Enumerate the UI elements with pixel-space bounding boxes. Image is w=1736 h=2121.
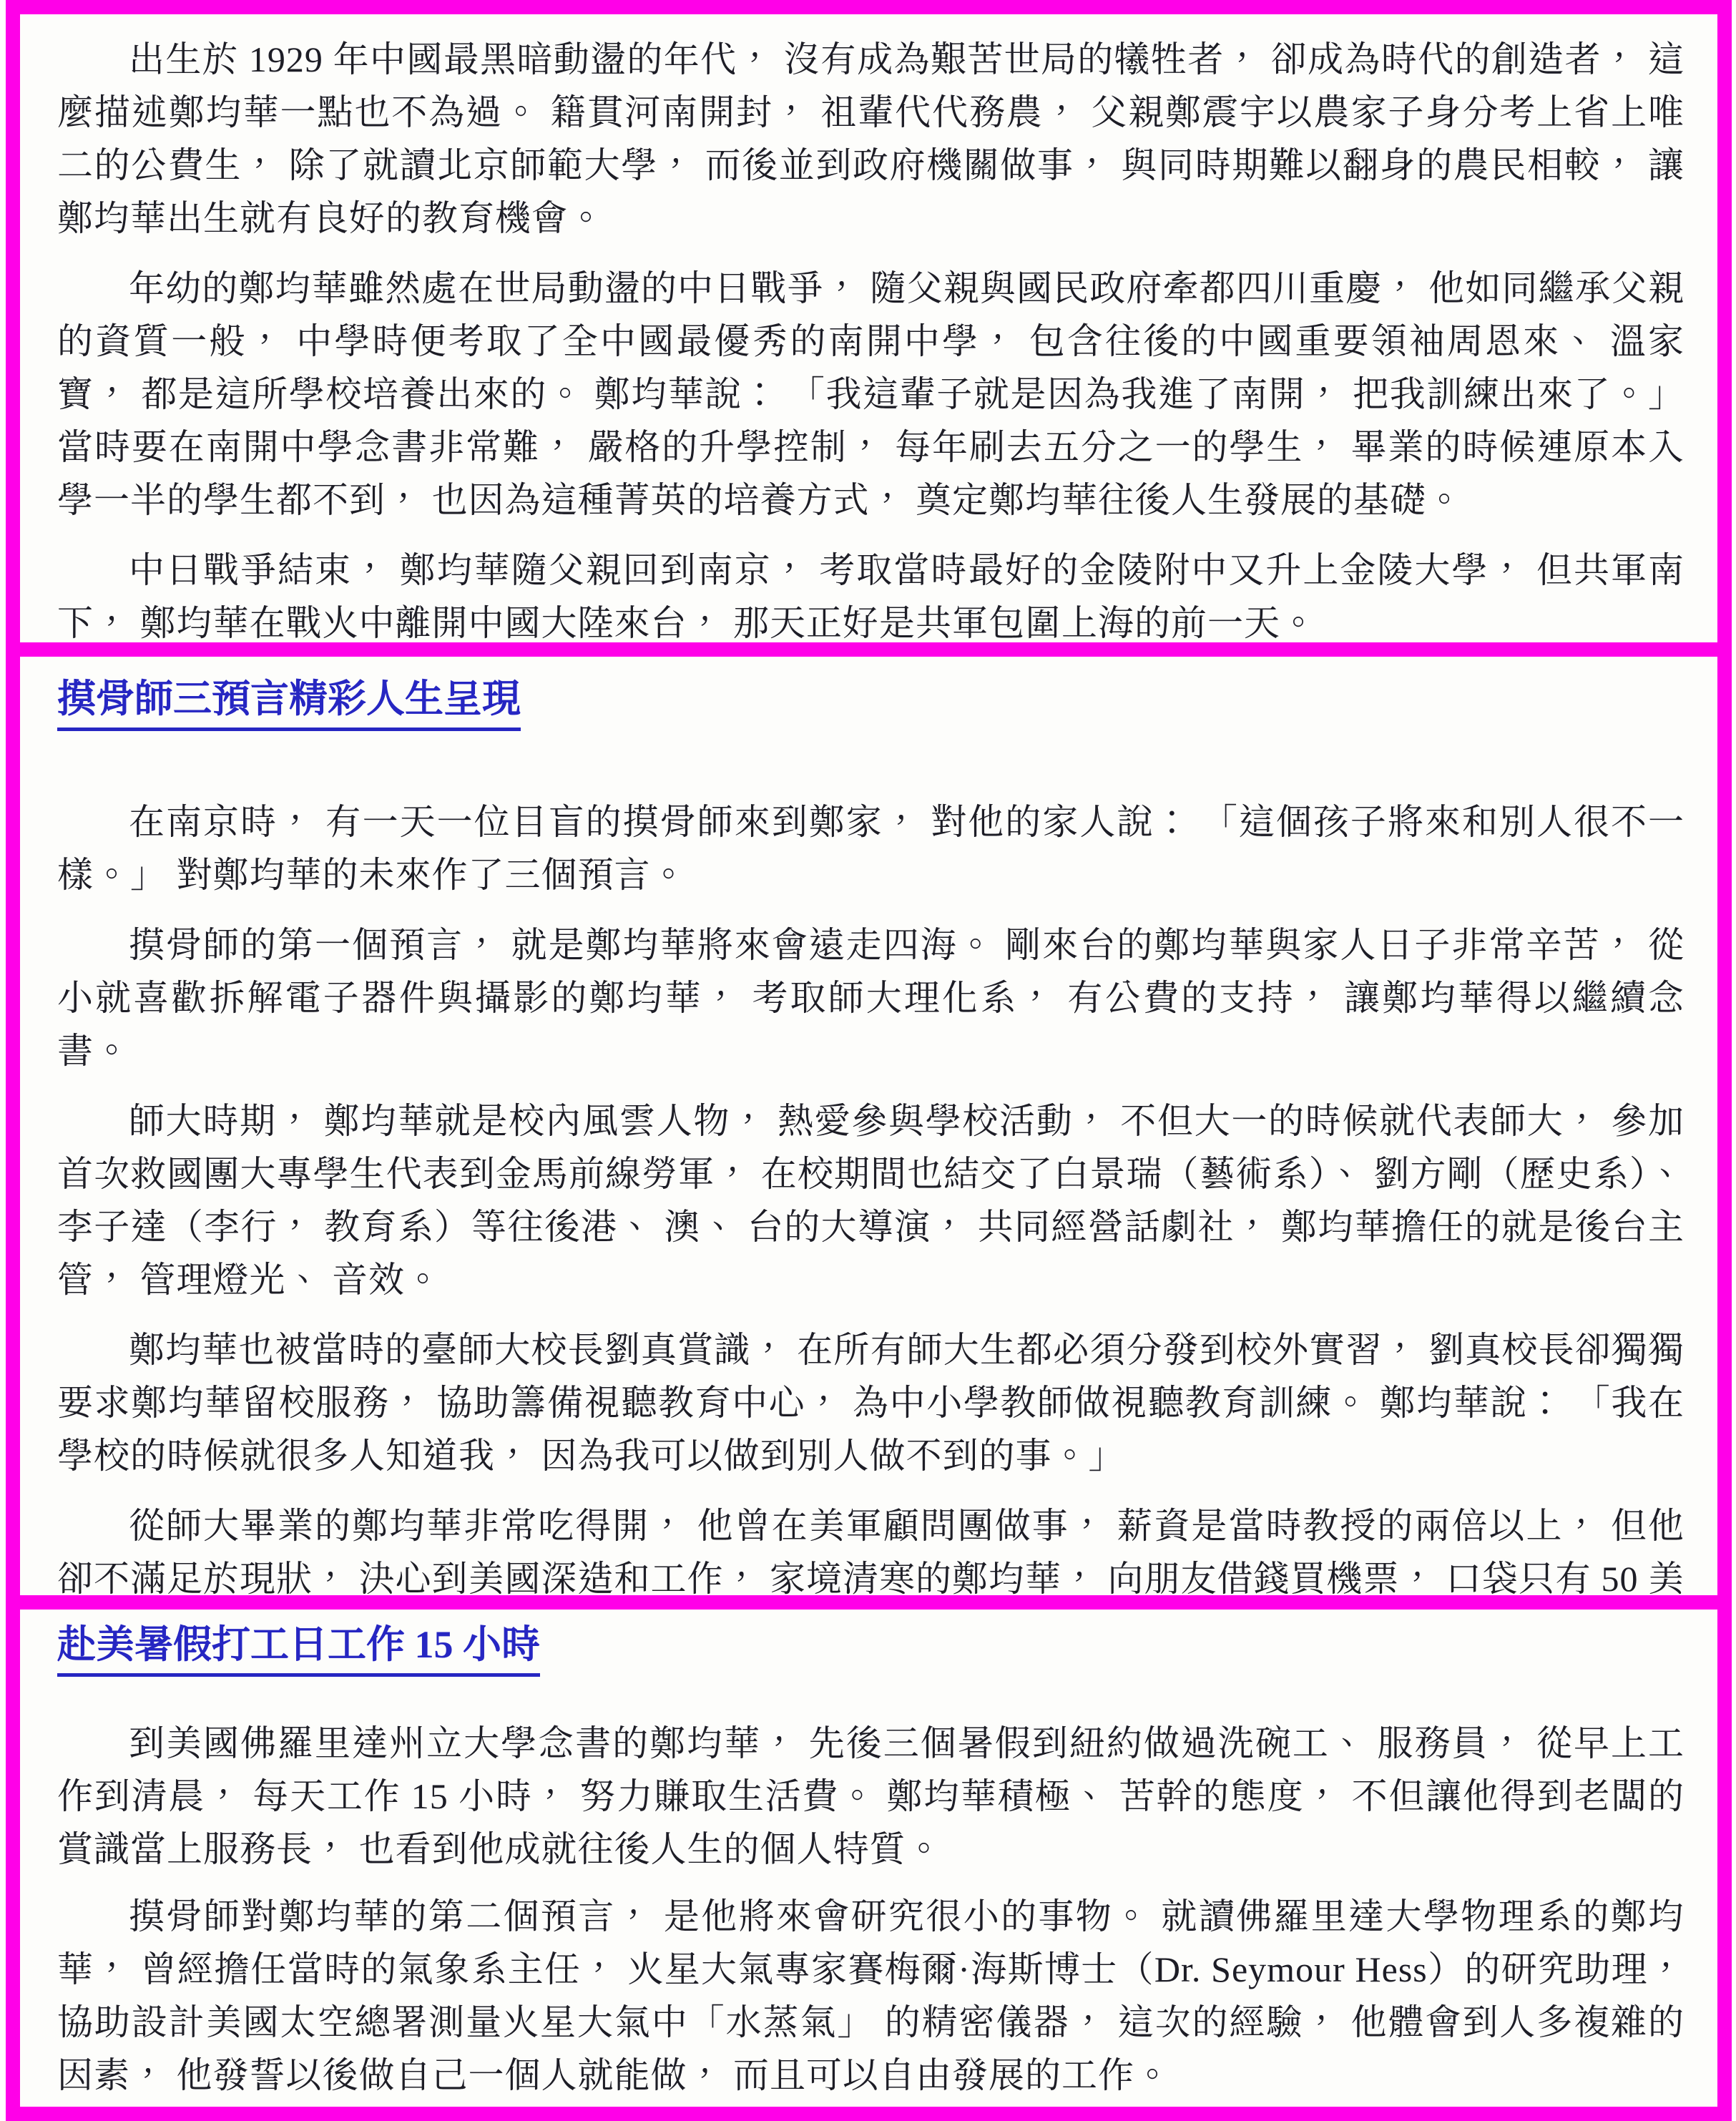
section-three-predictions: 摸骨師三預言精彩人生呈現 在南京時， 有一天一位目盲的摸骨師來到鄭家， 對他的家… bbox=[20, 642, 1717, 1595]
paragraph: 年幼的鄭均華雖然處在世局動盪的中日戰爭， 隨父親與國民政府牽都四川重慶， 他如同… bbox=[57, 262, 1684, 526]
paragraph: 出生於 1929 年中國最黑暗動盪的年代， 沒有成為艱苦世局的犧牲者， 卻成為時… bbox=[57, 33, 1684, 245]
section-intro: 出生於 1929 年中國最黑暗動盪的年代， 沒有成為艱苦世局的犧牲者， 卻成為時… bbox=[20, 14, 1717, 642]
section-heading-text: 摸骨師三預言精彩人生呈現 bbox=[57, 677, 521, 731]
paragraph: 從師大畢業的鄭均華非常吃得開， 他曾在美軍顧問團做事， 薪資是當時教授的兩倍以上… bbox=[57, 1499, 1684, 1595]
paragraph: 在南京時， 有一天一位目盲的摸骨師來到鄭家， 對他的家人說： 「這個孩子將來和別… bbox=[57, 795, 1684, 901]
section-summer-jobs: 赴美暑假打工日工作 15 小時 到美國佛羅里達州立大學念書的鄭均華， 先後三個暑… bbox=[20, 1595, 1717, 2107]
paragraph: 到美國佛羅里達州立大學念書的鄭均華， 先後三個暑假到紐約做過洗碗工、 服務員， … bbox=[57, 1717, 1684, 1876]
paragraph: 師大時期， 鄭均華就是校內風雲人物， 熱愛參與學校活動， 不但大一的時候就代表師… bbox=[57, 1094, 1684, 1306]
section-heading-text: 赴美暑假打工日工作 15 小時 bbox=[57, 1622, 540, 1677]
document-page: 出生於 1929 年中國最黑暗動盪的年代， 沒有成為艱苦世局的犧牲者， 卻成為時… bbox=[6, 0, 1732, 2121]
section-heading: 赴美暑假打工日工作 15 小時 bbox=[57, 1622, 1684, 1677]
paragraph: 中日戰爭結束， 鄭均華隨父親回到南京， 考取當時最好的金陵附中又升上金陵大學， … bbox=[57, 544, 1684, 642]
paragraph: 鄭均華也被當時的臺師大校長劉真賞識， 在所有師大生都必須分發到校外實習， 劉真校… bbox=[57, 1323, 1684, 1482]
paragraph: 摸骨師對鄭均華的第二個預言， 是他將來會研究很小的事物。 就讀佛羅里達大學物理系… bbox=[57, 1890, 1684, 2102]
section-heading: 摸骨師三預言精彩人生呈現 bbox=[57, 677, 1684, 731]
paragraph: 摸骨師的第一個預言， 就是鄭均華將來會遠走四海。 剛來台的鄭均華與家人日子非常辛… bbox=[57, 919, 1684, 1077]
